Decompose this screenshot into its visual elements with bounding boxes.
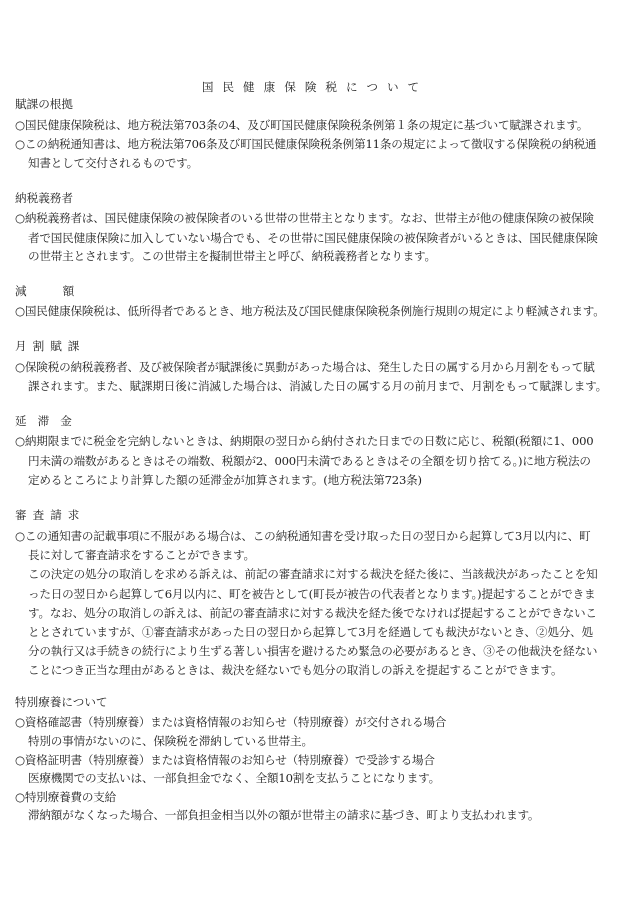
paragraph-line: 者で国民健康保険に加入していない場合でも、その世帯に国民健康保険の被保険者がいる…: [28, 229, 598, 248]
paragraph-line: ○資格証明書（特別療養）または資格情報のお知らせ（特別療養）で受診する場合: [15, 751, 435, 770]
section-heading-special-care: 特別療養について: [15, 694, 108, 710]
paragraph-line: 滞納額がなくなった場合、一部負担金相当以外の額が世帯主の請求に基づき、町より支払…: [28, 806, 539, 825]
section-heading-basis: 賦課の根拠: [15, 96, 73, 112]
paragraph-line: 知書として交付されるものです。: [28, 154, 198, 173]
paragraph-line: この決定の処分の取消しを求める訴えは、前記の審査請求に対する裁決を経た後に、当該…: [28, 565, 598, 584]
paragraph-line: 定めるところにより計算した額の延滞金が加算されます。(地方税法第723条): [28, 471, 422, 490]
section-heading-reduction: 減額: [15, 283, 110, 299]
paragraph-line: 医療機関での支払いは、一部負担金でなく、全額10割を支払うことになります。: [28, 769, 440, 788]
paragraph-line: 分の執行又は手続きの続行により生ずる著しい損害を避けるため緊急の必要があるとき、…: [28, 642, 597, 661]
paragraph-line: ○納税義務者は、国民健康保険の被保険者のいる世帯の世帯主となります。なお、世帯主…: [15, 209, 594, 228]
paragraph-line: った日の翌日から起算して6月以内に、町を被告として(町長が被告の代表者となります…: [28, 585, 595, 604]
paragraph-line: ○この通知書の記載事項に不服がある場合は、この納税通知書を受け取った日の翌日から…: [15, 527, 590, 546]
section-heading-taxpayer: 納税義務者: [15, 190, 73, 206]
paragraph-line: ことにつき正当な理由があるときは、裁決を経ないでも処分の取消しの訴えを提起するこ…: [28, 661, 562, 680]
paragraph-line: ○保険税の納税義務者、及び被保険者が賦課後に異動があった場合は、発生した日の属す…: [15, 358, 595, 377]
section-heading-appeal: 審査請求: [15, 507, 85, 523]
paragraph-line: の世帯主とされます。この世帯主を擬制世帯主と呼び、納税義務者となります。: [28, 247, 436, 266]
paragraph-line: ○資格確認書（特別療養）または資格情報のお知らせ（特別療養）が交付される場合: [15, 713, 446, 732]
paragraph-line: ○特別療養費の支給: [15, 788, 116, 807]
paragraph-line: ○国民健康保険税は、低所得者であるとき、地方税法及び国民健康保険税条例施行規則の…: [15, 302, 605, 321]
section-heading-late-fee: 延滞金: [15, 413, 83, 429]
paragraph-line: す。なお、処分の取消しの訴えは、前記の審査請求に対する裁決を経た後でなければ提起…: [28, 604, 597, 623]
paragraph-line: ○納期限までに税金を完納しないときは、納期限の翌日から納付された日までの日数に応…: [15, 432, 593, 451]
paragraph-line: 長に対して審査請求をすることができます。: [28, 546, 255, 565]
paragraph-line: ○国民健康保険税は、地方税法第703条の4、及び町国民健康保険税条例第１条の規定…: [15, 116, 588, 135]
section-heading-monthly: 月割賦課: [15, 338, 85, 354]
page-title: 国民健康保険税について: [0, 79, 630, 95]
paragraph-line: 特別の事情がないのに、保険税を滞納している世帯主。: [28, 732, 313, 751]
paragraph-line: ○この納税通知書は、地方税法第706条及び町国民健康保険税条例第11条の規定によ…: [15, 135, 596, 154]
paragraph-line: 円未満の端数があるときはその端数、税額が2、000円未満であるときはその全額を切…: [28, 452, 591, 471]
paragraph-line: 課されます。また、賦課期日後に消滅した場合は、消滅した日の属する月の前月まで、月…: [28, 377, 607, 396]
paragraph-line: ととされていますが、①審査請求があった日の翌日から起算して3月を経過しても裁決が…: [28, 623, 593, 642]
